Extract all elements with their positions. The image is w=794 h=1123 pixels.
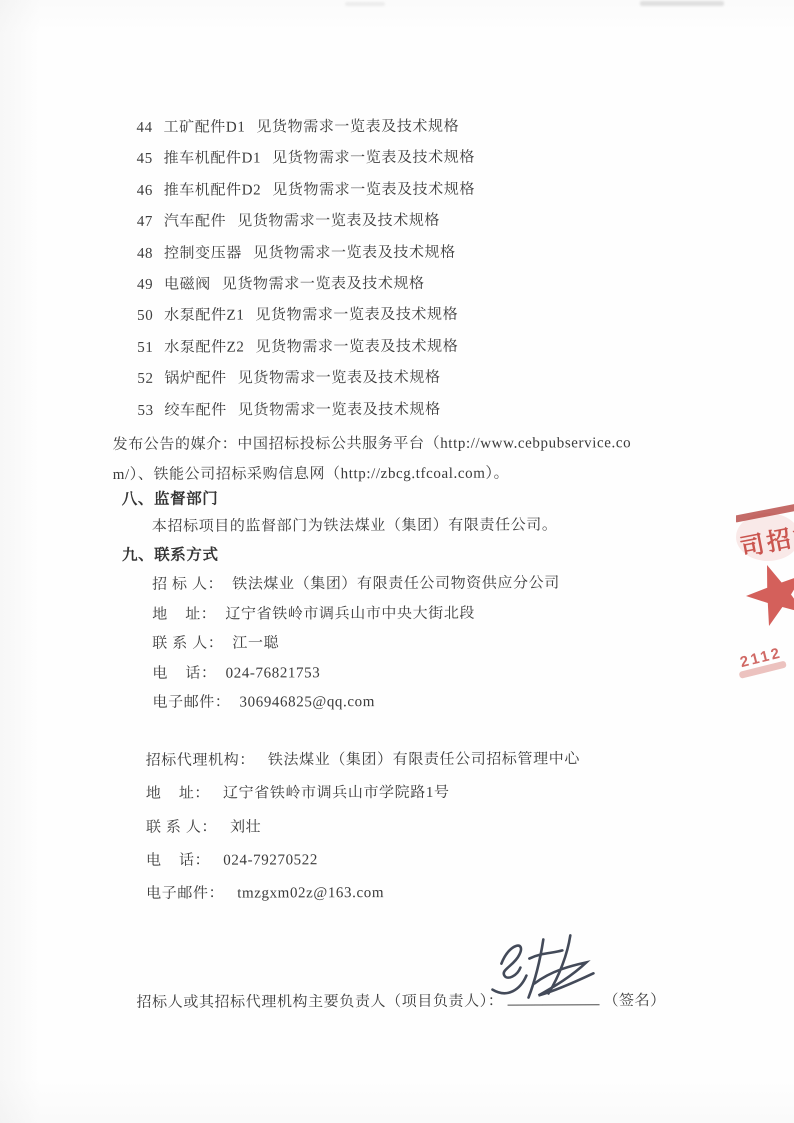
- section-8-heading: 八、监督部门: [122, 487, 219, 509]
- publish-media-line1: 发布公告的媒介：中国招标投标公共服务平台（http://www.cebpubse…: [113, 429, 678, 460]
- item-note: 见货物需求一览表及技术规格: [238, 402, 441, 419]
- publish-media-line2: m/）、铁能公司招标采购信息网（http://zbcg.tfcoal.com）。: [113, 459, 678, 490]
- contact-row: 联 系 人：江一聪: [152, 631, 560, 662]
- contact-value: 江一聪: [232, 636, 279, 652]
- contact-label: 地 址: [146, 782, 195, 803]
- label-colon: ：: [201, 602, 217, 623]
- tenderer-contact-block: 招 标 人：铁法煤业（集团）有限责任公司物资供应分公司 地 址：辽宁省铁岭市调兵…: [152, 571, 560, 720]
- contact-label: 联 系 人: [152, 632, 208, 653]
- item-note: 见货物需求一览表及技术规格: [272, 182, 475, 199]
- goods-list-item: 44工矿配件D1见货物需求一览表及技术规格: [136, 112, 474, 145]
- item-name: 绞车配件: [164, 402, 226, 418]
- contact-row: 电子邮件：tmzgxm02z@163.com: [146, 881, 580, 916]
- label-colon: ：: [201, 661, 217, 682]
- item-note: 见货物需求一览表及技术规格: [255, 307, 458, 324]
- contact-label: 电 话: [146, 849, 195, 870]
- item-number: 50: [137, 301, 164, 333]
- contact-row: 电子邮件：306946825@qq.com: [152, 690, 560, 721]
- contact-label: 招 标 人: [152, 573, 208, 594]
- item-number: 47: [137, 207, 164, 239]
- goods-list: 44工矿配件D1见货物需求一览表及技术规格 45推车机配件D1见货物需求一览表及…: [136, 112, 475, 427]
- contact-row: 地 址：辽宁省铁岭市调兵山市中央大街北段: [152, 601, 560, 632]
- label-colon: ：: [201, 815, 217, 836]
- label-colon: ：: [215, 691, 231, 712]
- item-number: 46: [137, 176, 164, 208]
- item-note: 见货物需求一览表及技术规格: [222, 276, 425, 293]
- contact-value: 306946825@qq.com: [239, 694, 375, 710]
- contact-row: 地 址：辽宁省铁岭市调兵山市学院路1号: [146, 781, 580, 816]
- contact-row: 招 标 人：铁法煤业（集团）有限责任公司物资供应分公司: [152, 571, 560, 602]
- contact-label: 电 话: [152, 661, 201, 682]
- item-name: 电磁阀: [164, 277, 211, 293]
- contact-row: 联 系 人：刘壮: [146, 814, 580, 849]
- item-name: 锅炉配件: [164, 371, 226, 387]
- scanned-document-page: 44工矿配件D1见货物需求一览表及技术规格 45推车机配件D1见货物需求一览表及…: [0, 0, 794, 1123]
- item-note: 见货物需求一览表及技术规格: [253, 244, 456, 261]
- contact-label: 招标代理机构: [146, 749, 240, 770]
- section-8-body: 本招标项目的监督部门为铁法煤业（集团）有限责任公司。: [152, 513, 558, 535]
- item-number: 48: [137, 238, 164, 270]
- contact-value: 铁法煤业（集团）有限责任公司招标管理中心: [268, 751, 580, 768]
- contact-value: 024-76821753: [226, 665, 321, 681]
- goods-list-item: 45推车机配件D1见货物需求一览表及技术规格: [137, 143, 475, 176]
- goods-list-item: 49电磁阀见货物需求一览表及技术规格: [137, 269, 475, 302]
- label-colon: ：: [194, 782, 210, 803]
- signature-line-prefix: 招标人或其招标代理机构主要负责人（项目负责人）：: [137, 994, 504, 1011]
- item-name: 推车机配件D1: [164, 151, 262, 167]
- contact-label: 电子邮件: [146, 882, 208, 903]
- item-name: 水泵配件Z2: [164, 339, 244, 355]
- item-name: 水泵配件Z1: [164, 308, 244, 324]
- item-note: 见货物需求一览表及技术规格: [238, 370, 441, 387]
- signature-line-suffix: （签名）: [603, 993, 665, 1009]
- goods-list-item: 52锅炉配件见货物需求一览表及技术规格: [137, 363, 475, 396]
- contact-value: 刘壮: [230, 819, 261, 835]
- item-number: 45: [137, 144, 164, 176]
- publish-media-paragraph: 发布公告的媒介：中国招标投标公共服务平台（http://www.cebpubse…: [113, 429, 678, 490]
- seal-graphic: 司招标 2112: [736, 503, 794, 681]
- official-seal-stamp: 司招标 2112: [736, 503, 794, 681]
- item-note: 见货物需求一览表及技术规格: [237, 213, 440, 230]
- contact-value: 024-79270522: [223, 852, 318, 868]
- contact-value: tmzgxm02z@163.com: [237, 885, 384, 902]
- item-number: 51: [137, 333, 164, 365]
- contact-label: 地 址: [152, 602, 201, 623]
- item-note: 见货物需求一览表及技术规格: [255, 339, 458, 356]
- item-name: 工矿配件D1: [163, 120, 245, 136]
- item-name: 控制变压器: [164, 245, 242, 261]
- contact-row: 电 话：024-76821753: [152, 660, 560, 691]
- document-content: 44工矿配件D1见货物需求一览表及技术规格 45推车机配件D1见货物需求一览表及…: [0, 0, 794, 1123]
- label-colon: ：: [208, 632, 224, 653]
- goods-list-item: 46推车机配件D2见货物需求一览表及技术规格: [137, 175, 475, 208]
- item-number: 52: [137, 364, 164, 396]
- handwritten-signature: [479, 927, 603, 1009]
- contact-label: 电子邮件: [152, 691, 214, 712]
- agency-contact-block: 招标代理机构：铁法煤业（集团）有限责任公司招标管理中心 地 址：辽宁省铁岭市调兵…: [146, 747, 581, 915]
- contact-value: 铁法煤业（集团）有限责任公司物资供应分公司: [232, 575, 560, 592]
- label-colon: ：: [209, 882, 225, 903]
- label-colon: ：: [195, 849, 211, 870]
- goods-list-item: 50水泵配件Z1见货物需求一览表及技术规格: [137, 300, 475, 333]
- item-name: 汽车配件: [164, 214, 226, 230]
- goods-list-item: 51水泵配件Z2见货物需求一览表及技术规格: [137, 332, 475, 365]
- label-colon: ：: [208, 573, 224, 594]
- goods-list-item: 47汽车配件见货物需求一览表及技术规格: [137, 206, 475, 239]
- section-9-heading: 九、联系方式: [122, 543, 219, 565]
- goods-list-item: 53绞车配件见货物需求一览表及技术规格: [137, 394, 475, 427]
- item-note: 见货物需求一览表及技术规格: [272, 150, 475, 167]
- item-number: 44: [136, 113, 163, 145]
- label-colon: ：: [239, 748, 255, 769]
- contact-value: 辽宁省铁岭市调兵山市中央大街北段: [225, 605, 475, 622]
- contact-value: 辽宁省铁岭市调兵山市学院路1号: [223, 785, 450, 802]
- contact-label: 联 系 人: [146, 815, 202, 836]
- contact-row: 招标代理机构：铁法煤业（集团）有限责任公司招标管理中心: [146, 747, 580, 782]
- item-number: 53: [137, 395, 164, 427]
- item-name: 推车机配件D2: [164, 182, 262, 198]
- item-note: 见货物需求一览表及技术规格: [256, 119, 459, 136]
- item-number: 49: [137, 270, 164, 302]
- contact-row: 电 话：024-79270522: [146, 847, 580, 882]
- goods-list-item: 48控制变压器见货物需求一览表及技术规格: [137, 237, 475, 270]
